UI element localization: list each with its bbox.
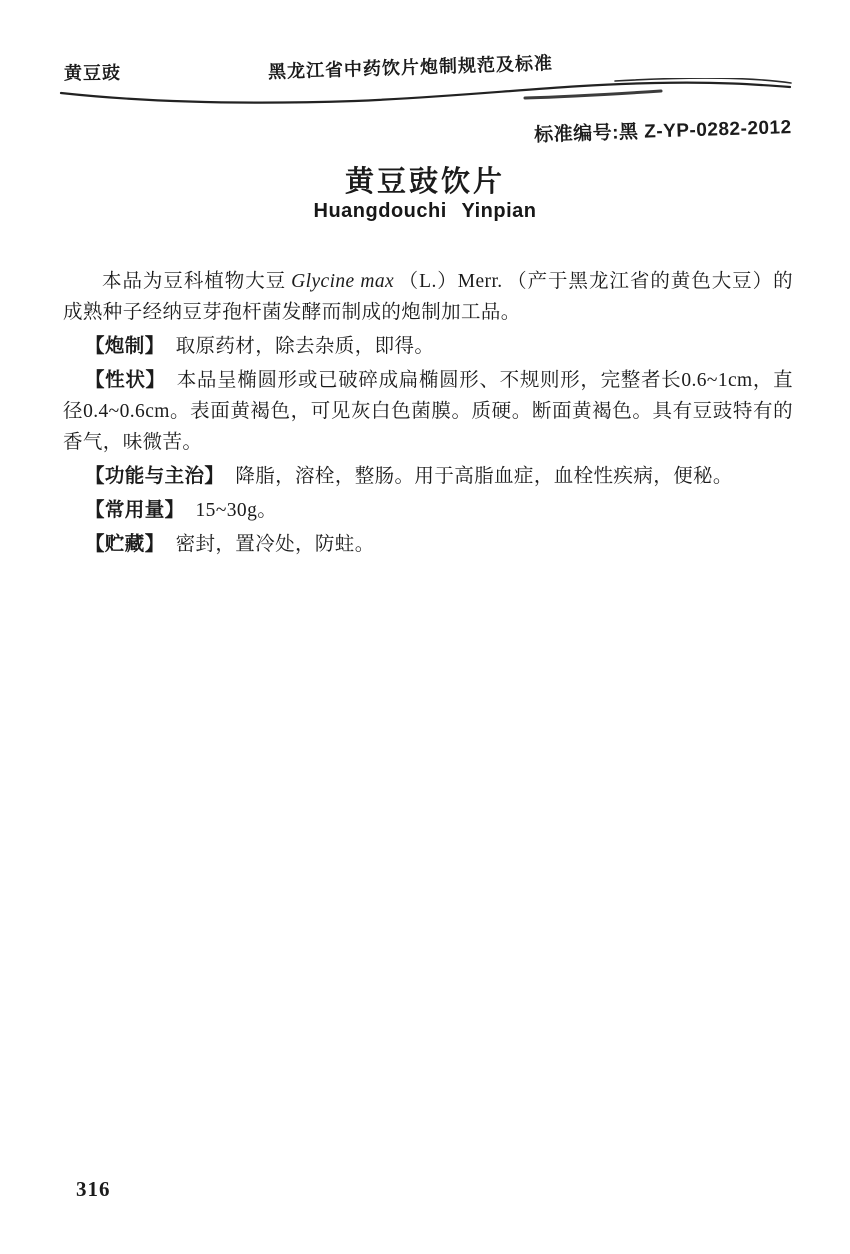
section-label: 【常用量】 [85,499,185,521]
standard-number: 标准编号:黑 Z-YP-0282-2012 [534,112,792,147]
section-text: 取原药材，除去杂质，即得。 [176,336,435,357]
page-title-pinyin: Huangdouchi Yinpian [0,200,850,223]
section-label: 【炮制】 [85,335,165,357]
page-number: 316 [76,1177,111,1202]
latin-binomial: Glycine max [291,271,394,292]
latin-author: （L.）Merr. [398,271,502,292]
section-gongneng-zhuzhi: 【功能与主治】降脂，溶栓，整肠。用于高脂血症，血栓性疾病，便秘。 [63,461,793,492]
section-zhucang: 【贮藏】密封，置冷处，防蛀。 [63,529,793,560]
section-text: 密封，置冷处，防蛀。 [176,534,375,555]
monograph-body: 本品为豆科植物大豆Glycine max（L.）Merr.（产于黑龙江省的黄色大… [63,266,793,563]
section-text: 本品呈椭圆形或已破碎成扁椭圆形、不规则形，完整者长0.6~1cm，直径0.4~0… [63,370,793,453]
intro-lead: 本品为豆科植物大豆 [102,271,286,292]
section-text: 15~30g。 [196,500,278,521]
section-label: 【功能与主治】 [85,465,224,487]
section-label: 【贮藏】 [85,533,165,555]
section-text: 降脂，溶栓，整肠。用于高脂血症，血栓性疾病，便秘。 [235,466,733,487]
section-changyongliang: 【常用量】15~30g。 [63,495,793,526]
section-label: 【性状】 [85,369,166,391]
section-xingzhuang: 【性状】本品呈椭圆形或已破碎成扁椭圆形、不规则形，完整者长0.6~1cm，直径0… [63,365,793,458]
document-page: 黄豆豉 黑龙江省中药饮片炮制规范及标准 标准编号:黑 Z-YP-0282-201… [0,0,850,1254]
page-title: 黄豆豉饮片 [0,159,850,200]
intro-paragraph: 本品为豆科植物大豆Glycine max（L.）Merr.（产于黑龙江省的黄色大… [63,266,793,328]
section-paozhi: 【炮制】取原药材，除去杂质，即得。 [63,331,793,362]
header-rule-line [55,78,795,114]
